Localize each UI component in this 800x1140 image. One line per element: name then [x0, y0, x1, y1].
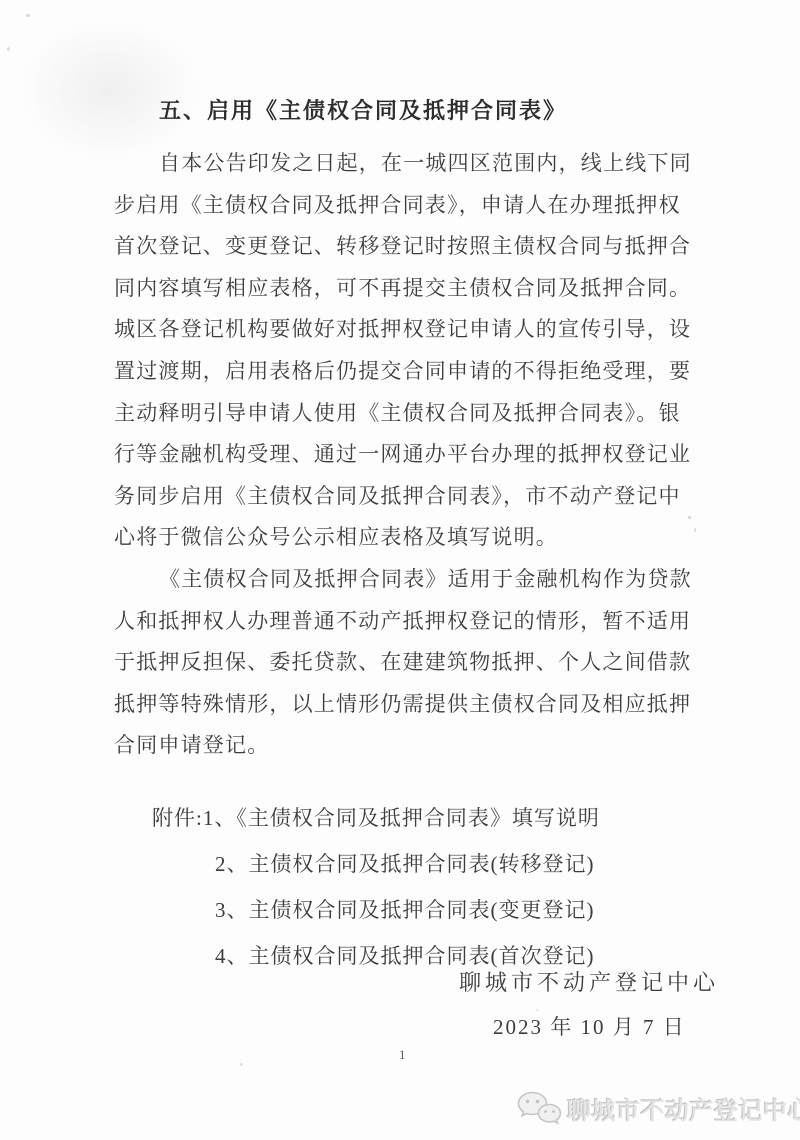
scan-speck [26, 14, 30, 17]
attachment-list: 2、主债权合同及抵押合同表(转移登记)3、主债权合同及抵押合同表(变更登记)4、… [152, 841, 600, 979]
body-line: 抵押等特殊情形，以上情形仍需提供主债权合同及相应抵押 [114, 684, 700, 726]
body-line: 步启用《主债权合同及抵押合同表》，申请人在办理抵押权 [114, 185, 700, 227]
body-line: 主动释明引导申请人使用《主债权合同及抵押合同表》。银 [114, 393, 700, 435]
attachment-item: 2、主债权合同及抵押合同表(转移登记) [215, 841, 600, 887]
body-line: 首次登记、变更登记、转移登记时按照主债权合同与抵押合 [114, 226, 700, 268]
document-body: 自本公告印发之日起，在一城四区范围内，线上线下同步启用《主债权合同及抵押合同表》… [114, 143, 700, 767]
body-line: 合同申请登记。 [114, 725, 700, 767]
page-number: 1 [399, 1047, 406, 1063]
body-line: 心将于微信公众号公示相应表格及填写说明。 [114, 517, 700, 559]
body-paragraph-2: 《主债权合同及抵押合同表》适用于金融机构作为贷款人和抵押权人办理普通不动产抵押权… [114, 559, 700, 767]
scan-smudge [20, 20, 200, 160]
attachment-item: 3、主债权合同及抵押合同表(变更登记) [215, 887, 600, 933]
scan-speck [240, 1063, 243, 1066]
wechat-icon [516, 1090, 562, 1126]
body-line: 置过渡期，启用表格后仍提交合同申请的不得拒绝受理，要 [114, 351, 700, 393]
body-paragraph-1: 自本公告印发之日起，在一城四区范围内，线上线下同步启用《主债权合同及抵押合同表》… [114, 143, 700, 559]
issuer-signature: 聊城市不动产登记中心 [459, 966, 719, 997]
body-line: 城区各登记机构要做好对抵押权登记申请人的宣传引导，设 [114, 309, 700, 351]
issue-date: 2023 年 10 月 7 日 [493, 1011, 686, 1041]
body-line: 务同步启用《主债权合同及抵押合同表》，市不动产登记中 [114, 476, 700, 518]
watermark-text: 聊城市不动产登记中心 [567, 1091, 800, 1126]
body-line: 人和抵押权人办理普通不动产抵押权登记的情形，暂不适用 [114, 601, 700, 643]
document-title: 五、启用《主债权合同及抵押合同表》 [159, 94, 567, 125]
body-line: 于抵押反担保、委托贷款、在建建筑物抵押、个人之间借款 [114, 642, 700, 684]
scanned-document-page: 五、启用《主债权合同及抵押合同表》 自本公告印发之日起，在一城四区范围内，线上线… [0, 0, 800, 1140]
attachments-section: 附件:1、《主债权合同及抵押合同表》填写说明 2、主债权合同及抵押合同表(转移登… [152, 795, 600, 979]
body-line: 同内容填写相应表格，可不再提交主债权合同及抵押合同。 [114, 268, 700, 310]
footer-watermark: 聊城市不动产登记中心 [516, 1090, 800, 1126]
body-line: 自本公告印发之日起，在一城四区范围内，线上线下同 [114, 143, 700, 185]
attachments-label: 附件:1、《主债权合同及抵押合同表》填写说明 [152, 795, 600, 841]
body-line: 《主债权合同及抵押合同表》适用于金融机构作为贷款 [114, 559, 700, 601]
body-line: 行等金融机构受理、通过一网通办平台办理的抵押权登记业 [114, 434, 700, 476]
scan-speck [7, 47, 10, 51]
